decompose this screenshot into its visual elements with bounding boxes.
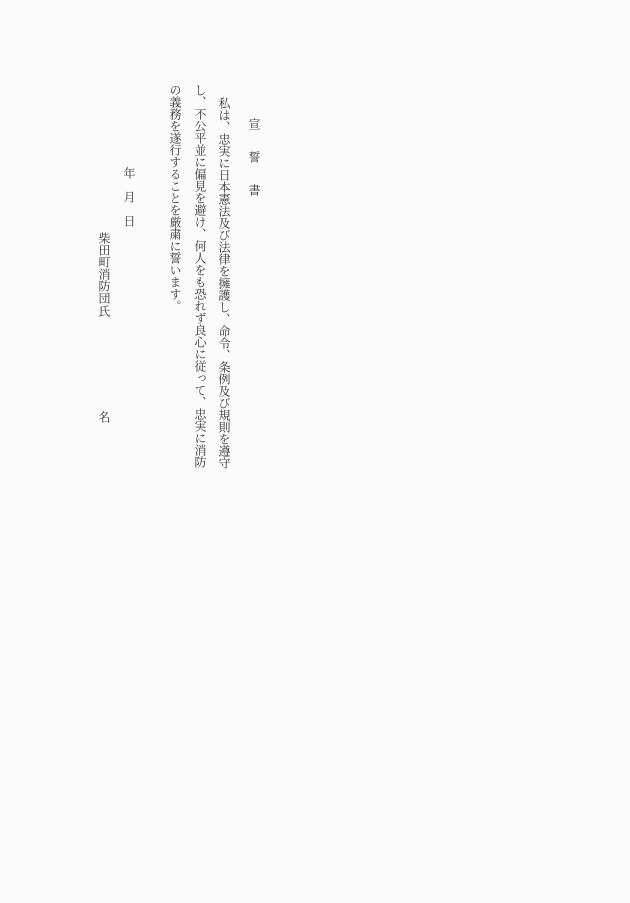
document-title: 宣誓書 (247, 118, 261, 217)
name-label-first: 氏 (97, 305, 111, 317)
organization-name: 柴田町消防団 (97, 232, 111, 304)
oath-body-line-3: の義務を遂行することを厳粛に誓います。 (168, 84, 182, 312)
oath-document-page: 宣誓書 私は、忠実に日本憲法及び法律を擁護し、命令、条例及び規則を遵守 し、不公… (0, 0, 630, 903)
date-line: 年 月 日 (122, 167, 136, 227)
oath-body-line-2: し、不公平並に偏見を避け、何人をも恐れず良心に従って、忠実に消防 (193, 84, 207, 468)
name-label-last: 名 (97, 411, 111, 423)
signature-line: 柴田町消防団氏名 (97, 232, 111, 423)
oath-body-line-1: 私は、忠実に日本憲法及び法律を擁護し、命令、条例及び規則を遵守 (217, 97, 231, 469)
